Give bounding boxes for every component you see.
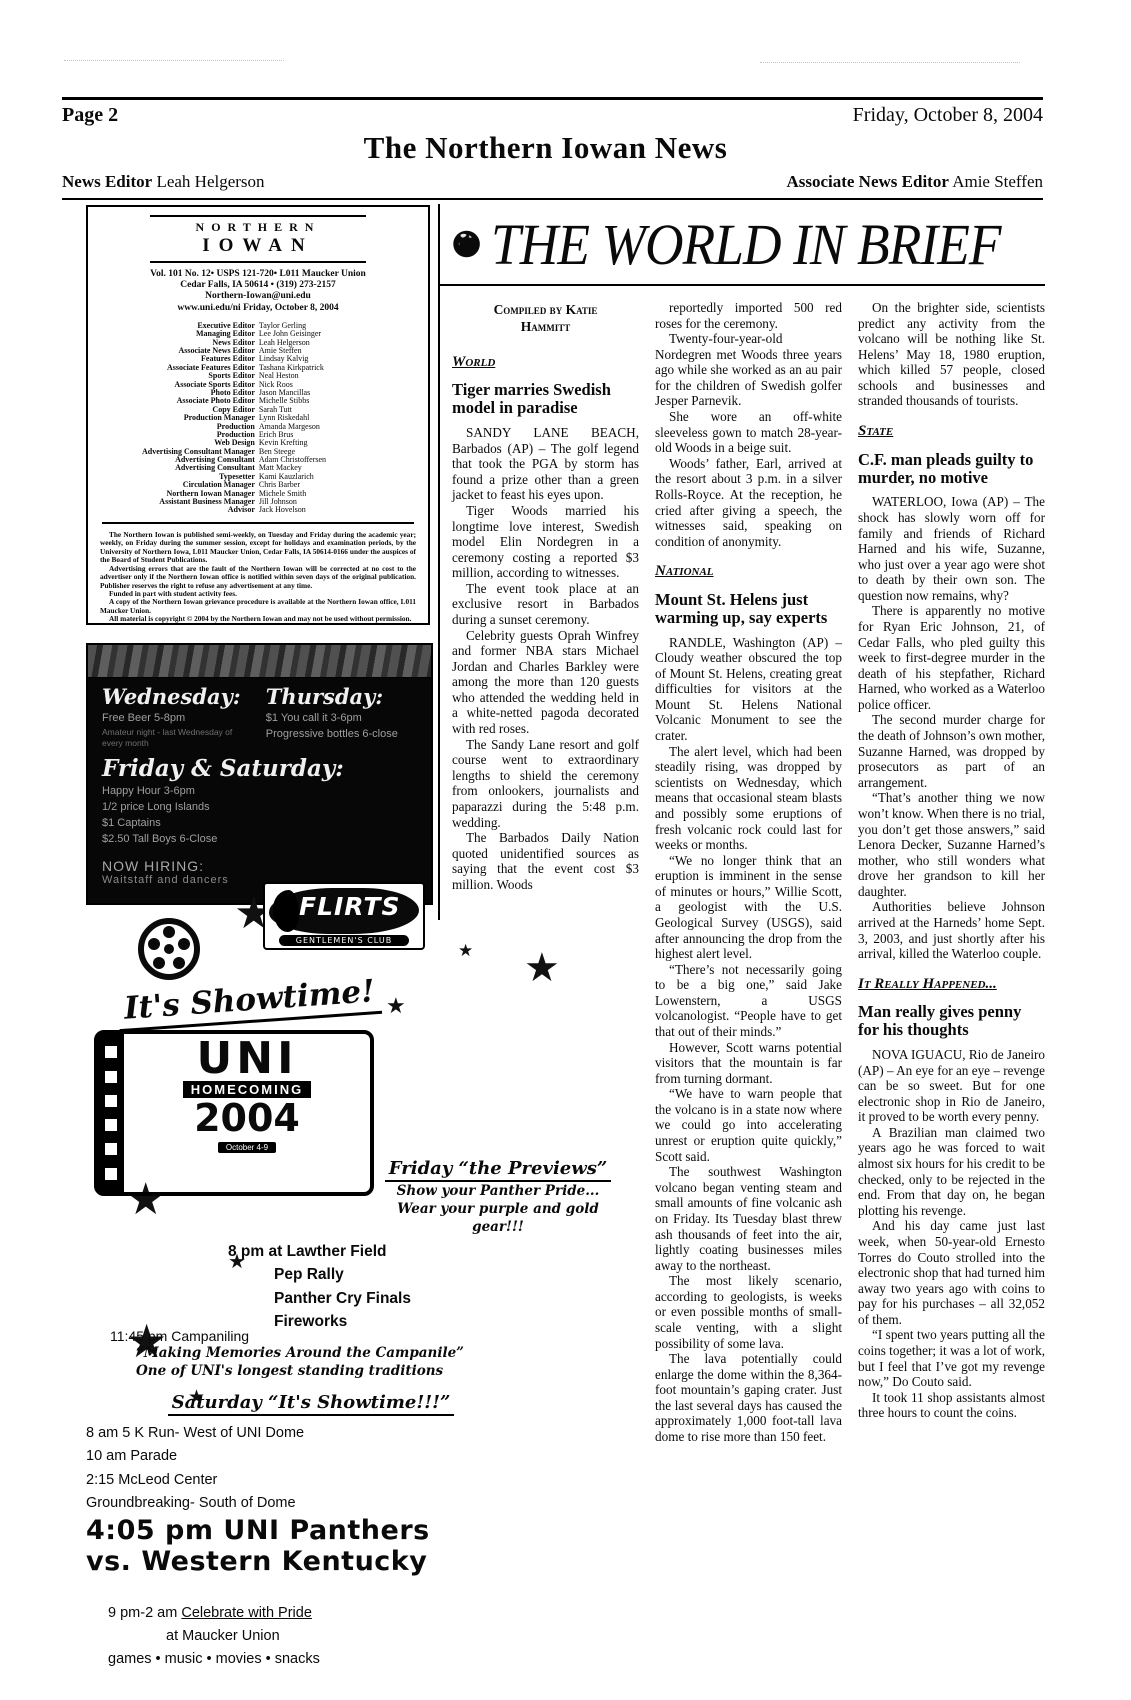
- woman-silhouette-icon: [273, 890, 299, 932]
- section-label: State: [858, 423, 1045, 441]
- uni-homecoming-logo: UNI HOMECOMING 2004 October 4-9: [124, 1034, 370, 1192]
- page-number: Page 2: [62, 104, 118, 127]
- article-paragraph: The most likely scenario, according to g…: [655, 1273, 842, 1351]
- section-label: It Really Happened...: [858, 976, 1045, 994]
- byline-label: Compiled by Katie Hammitt: [473, 302, 619, 336]
- article-paragraph: It took 11 shop assistants almost three …: [858, 1390, 1045, 1421]
- masthead-logo: Northern Iowan: [150, 215, 366, 263]
- article-paragraph: The southwest Washington volcano began v…: [655, 1164, 842, 1273]
- flirts-ad: Wednesday: Free Beer 5-8pm Amateur night…: [86, 643, 433, 905]
- flirts-wednesday: Wednesday: Free Beer 5-8pm Amateur night…: [102, 684, 266, 749]
- article-paragraph: “We no longer think that an eruption is …: [655, 853, 842, 962]
- campaniling-time-line: 11:45 pm Campaniling: [110, 1328, 464, 1344]
- headline-label: Mount St. Helens just warming up, say ex…: [655, 591, 842, 627]
- article-paragraph: Authorities believe Johnson arrived at t…: [858, 899, 1045, 961]
- star-icon: [458, 942, 473, 959]
- article-paragraph: The event took place at an exclusive res…: [452, 581, 639, 628]
- article-paragraph: The second murder charge for the death o…: [858, 712, 1045, 790]
- header-rule: [62, 97, 1043, 100]
- article-paragraph: “I spent two years putting all the coins…: [858, 1327, 1045, 1389]
- thursday-lines: $1 You call it 3-6pmProgressive bottles …: [266, 711, 417, 743]
- article-paragraph: Celebrity guests Oprah Winfrey and forme…: [452, 628, 639, 737]
- article-paragraph: However, Scott warns potential visitors …: [655, 1040, 842, 1087]
- article-paragraph: reportedly imported 500 red roses for th…: [655, 300, 842, 331]
- masthead-fine-print: The Northern Iowan is published semi-wee…: [100, 531, 416, 624]
- article-paragraph: She wore an off-white sleeveless gown to…: [655, 409, 842, 456]
- masthead-box: Northern Iowan Vol. 101 No. 12• USPS 121…: [86, 205, 430, 625]
- headline-label: Tiger marries Swedish model in paradise: [452, 381, 639, 417]
- article-paragraph: WATERLOO, Iowa (AP) – The shock has slow…: [858, 494, 1045, 603]
- flirts-logo-name: FLIRTS: [299, 892, 401, 921]
- staff-list: Executive EditorTaylor GerlingManaging E…: [102, 322, 414, 515]
- night-location: at Maucker Union: [166, 1625, 320, 1648]
- globe-icon: [452, 210, 481, 278]
- article-paragraph: The alert level, which had been steadily…: [655, 744, 842, 853]
- masthead-publication-info: Vol. 101 No. 12• USPS 121-720• L011 Mauc…: [100, 269, 416, 314]
- world-in-brief-title: THE WORLD IN BRIEF: [491, 211, 1001, 278]
- night-time: 9 pm-2 am: [108, 1605, 181, 1621]
- article-paragraph: The Barbados Daily Nation quoted unident…: [452, 830, 639, 892]
- year-logo-text: 2004: [124, 1099, 370, 1137]
- thursday-header: Thursday:: [266, 684, 417, 709]
- masthead-logo-bottom: Iowan: [150, 235, 366, 257]
- article-paragraph: NOVA IGUACU, Rio de Janeiro (AP) – An ey…: [858, 1047, 1045, 1125]
- homecoming-dates: October 4-9: [218, 1142, 276, 1153]
- article-paragraph: “That’s another thing we now won’t know.…: [858, 790, 1045, 899]
- lawther-field-block: 8 pm at Lawther Field Pep RallyPanther C…: [228, 1240, 411, 1333]
- football-game-block: 4:05 pm UNI Panthers vs. Western Kentuck…: [86, 1515, 430, 1577]
- saturday-schedule-line: 2:15 McLeod Center: [86, 1469, 536, 1492]
- friday-saturday-lines: Happy Hour 3-6pm1/2 price Long Islands$1…: [102, 784, 417, 848]
- headline-label: Man really gives penny for his thoughts: [858, 1003, 1045, 1039]
- flirts-special-line: Free Beer 5-8pm: [102, 711, 266, 727]
- night-events-block: 9 pm-2 am Celebrate with Pride at Maucke…: [108, 1602, 320, 1672]
- field-events: Pep RallyPanther Cry FinalsFireworks: [274, 1263, 411, 1333]
- saturday-block: Saturday “It's Showtime!!!” 8 am 5 K Run…: [86, 1392, 536, 1516]
- page-date: Friday, October 8, 2004: [853, 104, 1043, 127]
- news-editor: News Editor Leah Helgerson: [62, 172, 265, 192]
- article-paragraph: RANDLE, Washington (AP) – Cloudy weather…: [655, 635, 842, 744]
- star-icon: [386, 995, 406, 1017]
- assoc-editor-name: Amie Steffen: [952, 172, 1043, 191]
- friday-subline-1: Show your Panther Pride...: [372, 1182, 624, 1200]
- showtime-script: It's Showtime!: [117, 973, 382, 1032]
- friday-previews-block: Friday “the Previews” Show your Panther …: [372, 1158, 624, 1237]
- field-event-line: Pep Rally: [274, 1263, 411, 1286]
- fine-print-paragraph: The Northern Iowan is published semi-wee…: [100, 531, 416, 565]
- flirts-friday-saturday: Friday & Saturday: Happy Hour 3-6pm1/2 p…: [102, 755, 417, 848]
- flirts-thursday: Thursday: $1 You call it 3-6pmProgressiv…: [266, 684, 417, 749]
- flirts-special-line: Progressive bottles 6-close: [266, 727, 417, 743]
- friday-saturday-header: Friday & Saturday:: [102, 755, 417, 782]
- flirts-special-line: 1/2 price Long Islands: [102, 800, 417, 816]
- brief-column-2: reportedly imported 500 red roses for th…: [655, 300, 842, 1445]
- uni-logo-text: UNI: [124, 1038, 370, 1080]
- campaniling-quote: “Making Memories Around the Campanile”: [136, 1344, 464, 1362]
- article-paragraph: Tiger Woods married his longtime love in…: [452, 503, 639, 581]
- assoc-editor-label: Associate News Editor: [786, 172, 948, 191]
- now-hiring-label: NOW HIRING:: [102, 858, 417, 874]
- fine-print-paragraph: All material is copyright © 2004 by the …: [100, 615, 416, 623]
- scan-artifact: [760, 62, 1020, 63]
- saturday-schedule: 8 am 5 K Run- West of UNI Dome10 am Para…: [86, 1422, 536, 1516]
- staff-name: Jack Hovelson: [259, 506, 418, 514]
- article-paragraph: The Sandy Lane resort and golf course we…: [452, 737, 639, 830]
- article-paragraph: SANDY LANE BEACH, Barbados (AP) – The go…: [452, 425, 639, 503]
- article-paragraph: A Brazilian man claimed two years ago he…: [858, 1125, 1045, 1218]
- saturday-schedule-line: Groundbreaking- South of Dome: [86, 1492, 536, 1515]
- flirts-ad-top-band: [88, 645, 431, 678]
- filmstrip-sprockets: [98, 1034, 124, 1192]
- flirts-special-line: Happy Hour 3-6pm: [102, 784, 417, 800]
- saturday-schedule-line: 10 am Parade: [86, 1445, 536, 1468]
- star-icon: [524, 948, 560, 988]
- flirts-logo: FLIRTS GENTLEMEN'S CLUB: [263, 882, 425, 950]
- game-line-1: 4:05 pm UNI Panthers: [86, 1515, 430, 1546]
- fine-print-paragraph: Advertising errors that are the fault of…: [100, 565, 416, 590]
- flirts-special-line: $1 Captains: [102, 816, 417, 832]
- world-in-brief-header: THE WORLD IN BRIEF: [438, 204, 1045, 286]
- friday-subline-2: Wear your purple and gold gear!!!: [372, 1200, 624, 1236]
- flirts-special-line: $2.50 Tall Boys 6-Close: [102, 832, 417, 848]
- game-line-2: vs. Western Kentucky: [86, 1546, 430, 1577]
- night-extras: games • music • movies • snacks: [108, 1648, 320, 1671]
- saturday-header: Saturday “It's Showtime!!!”: [168, 1392, 455, 1416]
- flirts-special-line: $1 You call it 3-6pm: [266, 711, 417, 727]
- staff-role: Advisor: [102, 506, 255, 514]
- section-label: World: [452, 354, 639, 372]
- news-editor-name: Leah Helgerson: [156, 172, 264, 191]
- fine-print-paragraph: A copy of the Northern Iowan grievance p…: [100, 598, 416, 615]
- article-paragraph: “We have to warn people that the volcano…: [655, 1086, 842, 1164]
- homecoming-ad: It's Showtime! UNI HOMECOMING 2004 Octob…: [86, 890, 626, 1685]
- film-reel-icon: [138, 918, 200, 980]
- masthead-logo-top: Northern: [150, 220, 366, 235]
- friday-header: Friday “the Previews”: [385, 1158, 611, 1182]
- editors-rule: [62, 198, 1043, 200]
- assoc-news-editor: Associate News Editor Amie Steffen: [786, 172, 1043, 192]
- filmstrip-graphic: UNI HOMECOMING 2004 October 4-9: [94, 1030, 374, 1196]
- article-paragraph: “There’s not necessarily going to be a b…: [655, 962, 842, 1040]
- headline-label: C.F. man pleads guilty to murder, no mot…: [858, 451, 1045, 487]
- article-paragraph: Woods’ father, Earl, arrived at the reso…: [655, 456, 842, 549]
- news-editor-label: News Editor: [62, 172, 152, 191]
- scan-artifact: [64, 60, 284, 61]
- saturday-schedule-line: 8 am 5 K Run- West of UNI Dome: [86, 1422, 536, 1445]
- campaniling-tradition: One of UNI's longest standing traditions: [136, 1362, 464, 1380]
- section-label: National: [655, 563, 842, 581]
- celebrate-line: 9 pm-2 am Celebrate with Pride: [108, 1602, 320, 1625]
- flirts-logo-subtitle: GENTLEMEN'S CLUB: [279, 935, 409, 946]
- newspaper-page: Page 2 Friday, October 8, 2004 The North…: [0, 0, 1131, 1700]
- brief-column-3: On the brighter side, scientists predict…: [858, 300, 1045, 1445]
- wednesday-lines: Free Beer 5-8pm: [102, 711, 266, 727]
- article-paragraph: And his day came just last week, when 50…: [858, 1218, 1045, 1327]
- celebrate-with-pride: Celebrate with Pride: [181, 1605, 312, 1621]
- column-rule: [438, 204, 440, 920]
- field-time-line: 8 pm at Lawther Field: [228, 1240, 411, 1263]
- field-event-line: Panther Cry Finals: [274, 1287, 411, 1310]
- masthead-divider: [102, 522, 414, 524]
- article-paragraph: The lava potentially could enlarge the d…: [655, 1351, 842, 1444]
- page-title: The Northern Iowan News: [0, 130, 1091, 166]
- article-paragraph: On the brighter side, scientists predict…: [858, 300, 1045, 409]
- article-paragraph: Twenty-four-year-old Nordegren met Woods…: [655, 331, 842, 409]
- wednesday-header: Wednesday:: [102, 684, 266, 709]
- wednesday-smallprint: Amateur night - last Wednesday of every …: [102, 727, 252, 749]
- campaniling-block: 11:45 pm Campaniling “Making Memories Ar…: [110, 1328, 464, 1380]
- article-paragraph: There is apparently no motive for Ryan E…: [858, 603, 1045, 712]
